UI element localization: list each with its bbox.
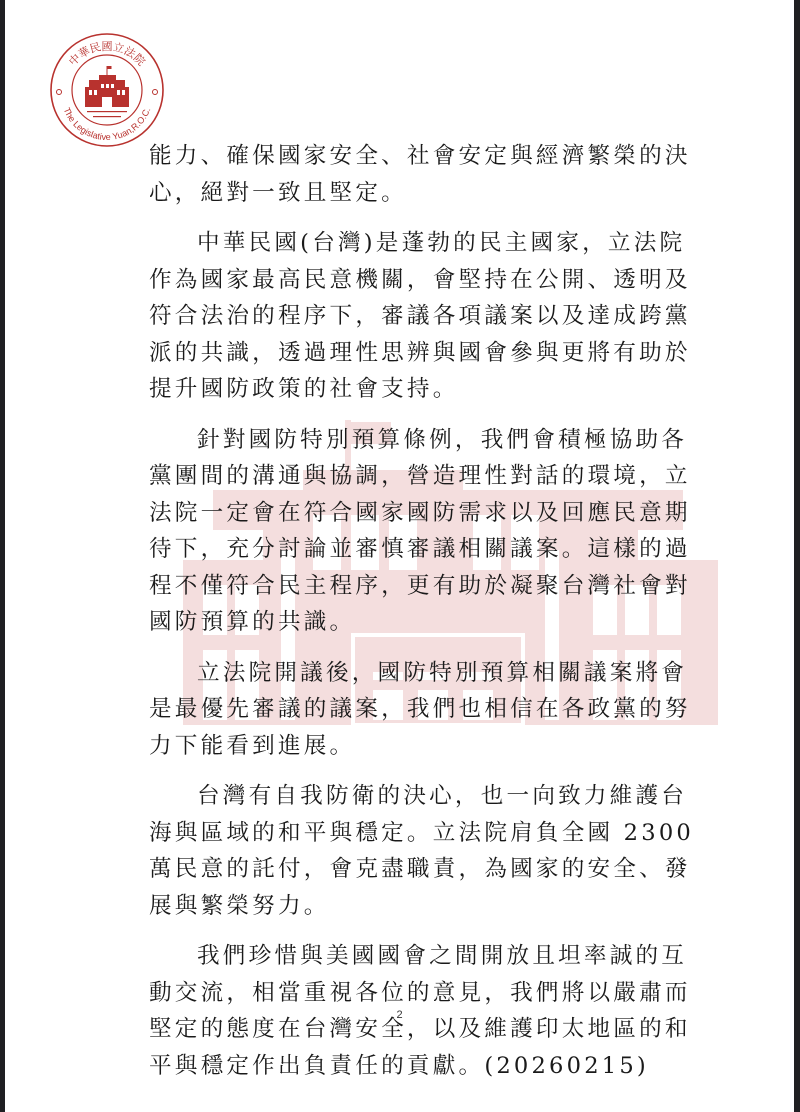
paragraph-special-budget: 針對國防特別預算條例，我們會積極協助各黨團間的溝通與協調，營造理性對話的環境，立… <box>149 422 709 641</box>
page-number: 2 <box>5 1009 794 1021</box>
letter-body: 能力、確保國家安全、社會安定與經濟繁榮的決心，絕對一致且堅定。 中華民國(台灣)… <box>149 138 709 1098</box>
legislative-yuan-seal-logo: 中華民國立法院 The Legislative Yuan,R.O.C. <box>49 32 165 148</box>
paragraph-democracy: 中華民國(台灣)是蓬勃的民主國家，立法院作為國家最高民意機關，會堅持在公開、透明… <box>149 225 709 408</box>
paragraph-priority-review: 立法院開議後，國防特別預算相關議案將會是最優先審議的議案，我們也相信在各政黨的努… <box>149 655 709 765</box>
paragraph-self-defense: 台灣有自我防衛的決心，也一向致力維護台海與區域的和平與穩定。立法院肩負全國 23… <box>149 778 709 924</box>
document-page: 中華民國立法院 The Legislative Yuan,R.O.C. 能力、確… <box>5 0 794 1112</box>
paragraph-continued: 能力、確保國家安全、社會安定與經濟繁榮的決心，絕對一致且堅定。 <box>149 138 709 211</box>
